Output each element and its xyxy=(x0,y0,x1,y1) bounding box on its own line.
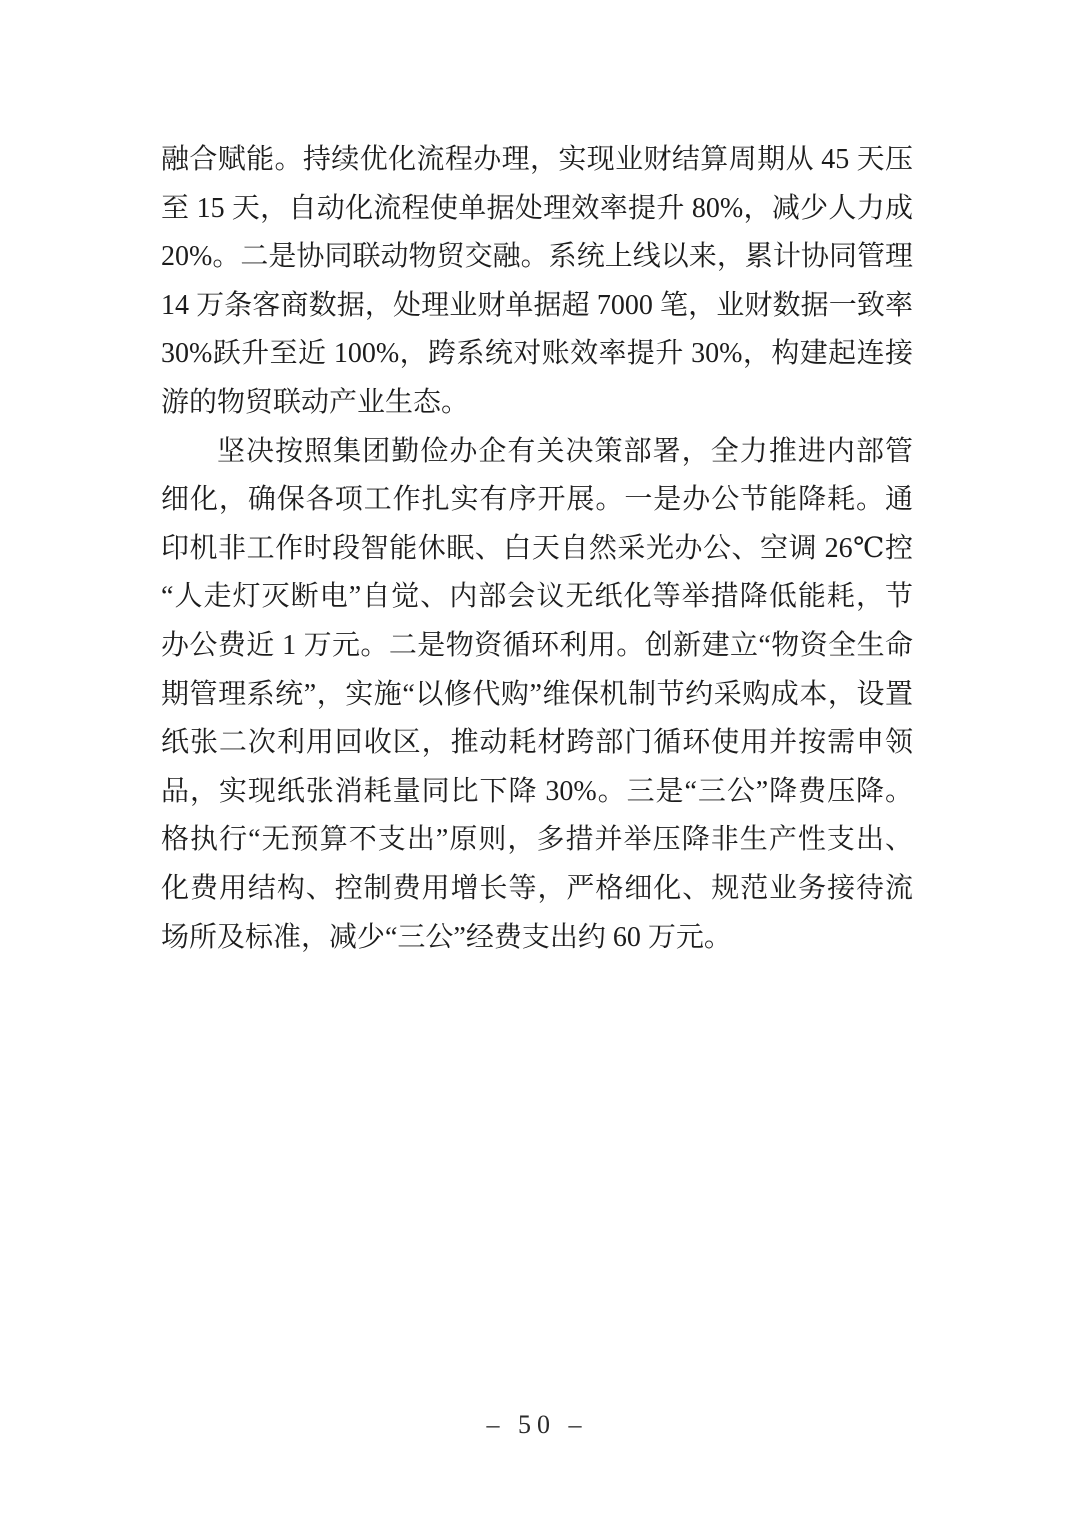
text-line: 游的物贸联动产业生态。 xyxy=(161,379,913,428)
document-page: 融合赋能。持续优化流程办理，实现业财结算周期从 45 天压缩至 15 天，自动化… xyxy=(0,0,1074,1520)
text-line: 化费用结构、控制费用增长等，严格细化、规范业务接待流程、 xyxy=(161,865,913,914)
text-line: 纸张二次利用回收区，推动耗材跨部门循环使用并按需申领易耗 xyxy=(161,719,913,768)
text-line: 印机非工作时段智能休眠、白天自然采光办公、空调 26℃控温、 xyxy=(161,525,913,574)
text-line: 至 15 天，自动化流程使单据处理效率提升 80%，减少人力成本 xyxy=(161,185,913,234)
text-line: 期管理系统”，实施“以修代购”维保机制节约采购成本，设置 xyxy=(161,671,913,720)
text-line: 坚决按照集团勤俭办企有关决策部署，全力推进内部管理精 xyxy=(161,428,913,477)
text-line: 14 万条客商数据，处理业财单据超 7000 笔，业财数据一致率从 xyxy=(161,282,913,331)
text-line: 格执行“无预算不支出”原则，多措并举压降非生产性支出、优 xyxy=(161,816,913,865)
document-body: 融合赋能。持续优化流程办理，实现业财结算周期从 45 天压缩至 15 天，自动化… xyxy=(161,136,913,962)
text-line: 品，实现纸张消耗量同比下降 30%。三是“三公”降费压降。严 xyxy=(161,768,913,817)
page-number: – 50 – xyxy=(487,1410,588,1439)
text-line: 场所及标准，减少“三公”经费支出约 60 万元。 xyxy=(161,914,913,963)
page-footer: – 50 – xyxy=(0,1410,1074,1440)
text-line: 20%。二是协同联动物贸交融。系统上线以来，累计协同管理超 xyxy=(161,233,913,282)
text-line: “人走灯灭断电”自觉、内部会议无纸化等举措降低能耗，节省 xyxy=(161,573,913,622)
text-line: 融合赋能。持续优化流程办理，实现业财结算周期从 45 天压缩 xyxy=(161,136,913,185)
text-line: 细化，确保各项工作扎实有序开展。一是办公节能降耗。通过打 xyxy=(161,476,913,525)
text-line: 办公费近 1 万元。二是物资循环利用。创新建立“物资全生命周 xyxy=(161,622,913,671)
text-line: 30%跃升至近 100%，跨系统对账效率提升 30%，构建起连接上下 xyxy=(161,330,913,379)
